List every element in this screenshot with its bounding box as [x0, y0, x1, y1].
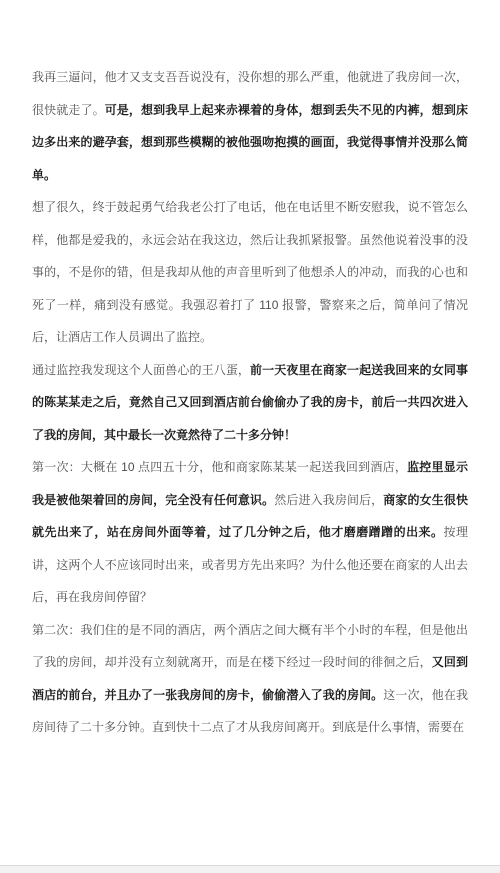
paragraph: 想了很久，终于鼓起勇气给我老公打了电话，他在电话里不断安慰我，说不管怎么样，他都… [32, 191, 468, 354]
paragraph: 我再三逼问，他才又支支吾吾说没有，没你想的那么严重，他就进了我房间一次，很快就走… [32, 61, 468, 191]
text-run: 然后进入我房间后， [274, 493, 383, 507]
document-page: { "page": { "background": "#ffffff", "bo… [0, 0, 500, 873]
text-run: 第一次：大概在 10 点四五十分，他和商家陈某某一起送我回到酒店， [32, 460, 407, 474]
text-run: 想了很久，终于鼓起勇气给我老公打了电话，他在电话里不断安慰我，说不管怎么样，他都… [32, 200, 468, 344]
paragraph: 通过监控我发现这个人面兽心的王八蛋，前一天夜里在商家一起送我回来的女同事的陈某某… [32, 354, 468, 452]
text-run: 第二次：我们住的是不同的酒店，两个酒店之间大概有半个小时的车程，但是他出了我的房… [32, 623, 468, 670]
paragraph: 第一次：大概在 10 点四五十分，他和商家陈某某一起送我回到酒店，监控里显示我是… [32, 451, 468, 614]
text-run: 通过监控我发现这个人面兽心的王八蛋， [32, 363, 250, 377]
paragraph: 第二次：我们住的是不同的酒店，两个酒店之间大概有半个小时的车程，但是他出了我的房… [32, 614, 468, 744]
screenshot-bottom-edge [0, 865, 500, 873]
article-text: 我再三逼问，他才又支支吾吾说没有，没你想的那么严重，他就进了我房间一次，很快就走… [32, 61, 468, 744]
